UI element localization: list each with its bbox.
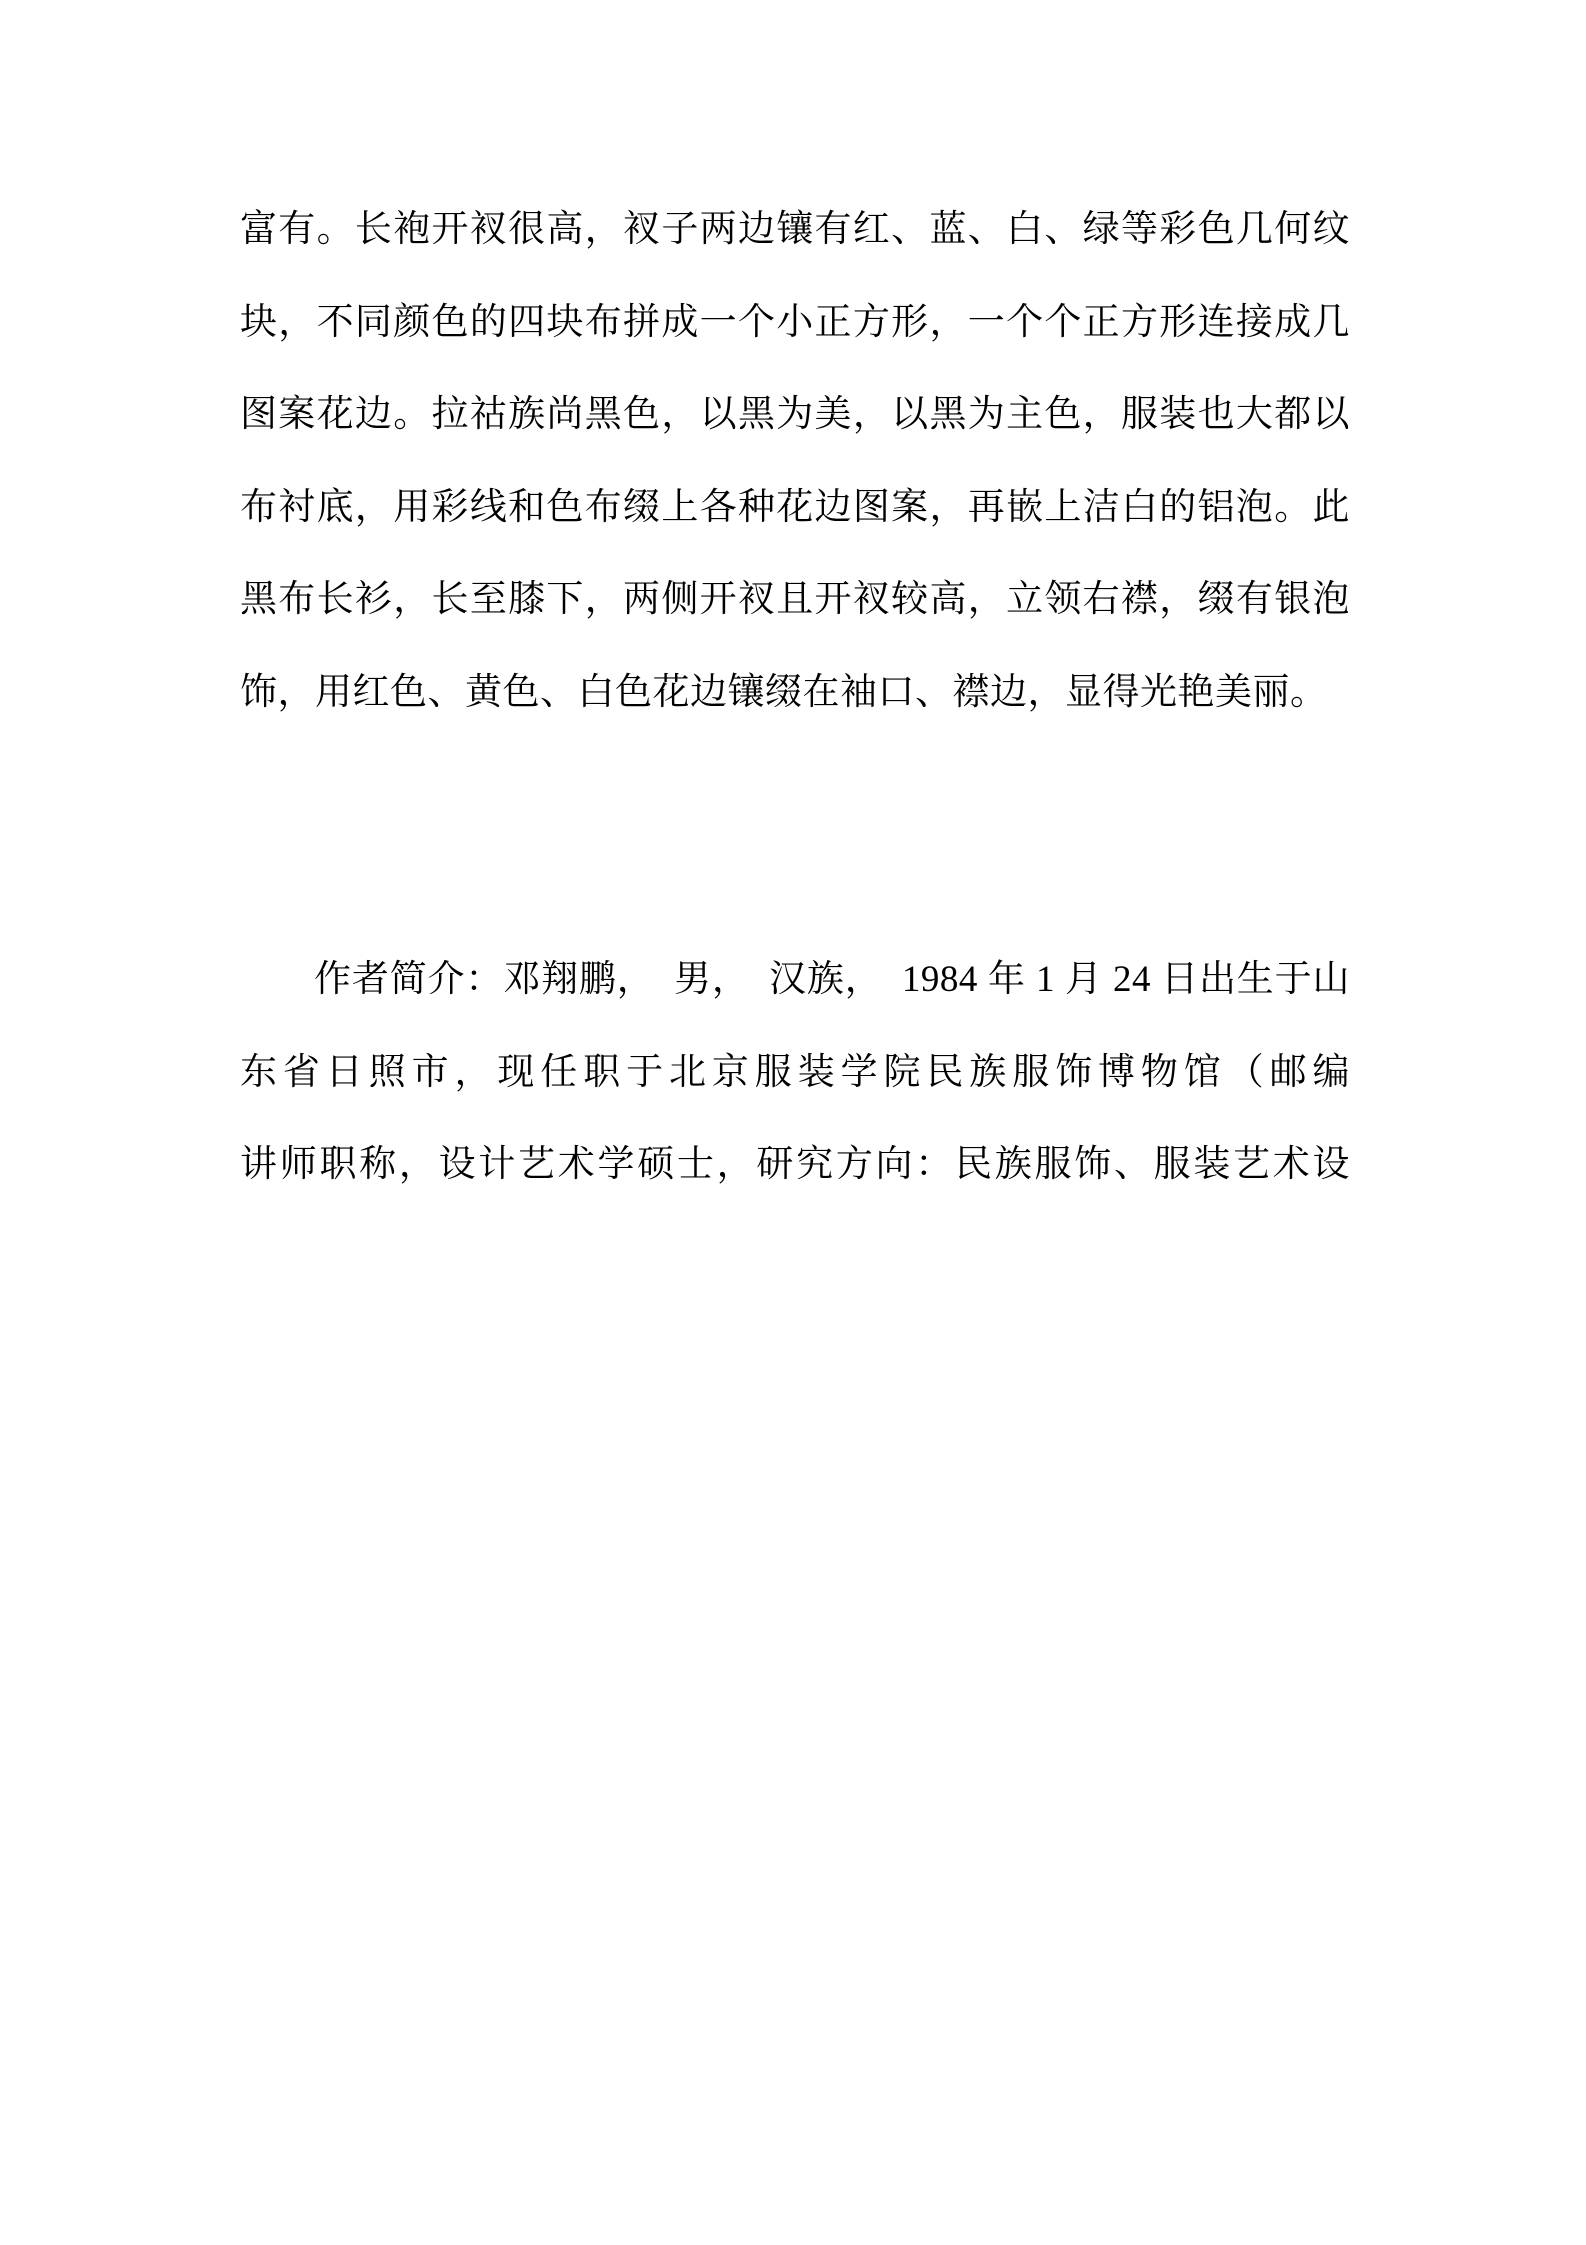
text-line: 作者简介：邓翔鹏， 男， 汉族， 1984 年 1 月 24 日出生于山 xyxy=(240,934,1350,1027)
text-line: 饰，用红色、黄色、白色花边镶缀在袖口、襟边，显得光艳美丽。 xyxy=(240,647,1350,740)
text-line: 布衬底，用彩线和色布缀上各种花边图案，再嵌上洁白的铝泡。此件 xyxy=(240,462,1350,555)
paragraph-artifact-description: 富有。长袍开衩很高，衩子两边镶有红、蓝、白、绿等彩色几何纹布 块，不同颜色的四块… xyxy=(240,184,1350,739)
text-line: 富有。长袍开衩很高，衩子两边镶有红、蓝、白、绿等彩色几何纹布 xyxy=(240,184,1350,277)
text-line: 东省日照市，现任职于北京服装学院民族服饰博物馆（邮编 100029）， xyxy=(240,1027,1350,1120)
text-line: 黑布长衫，长至膝下，两侧开衩且开衩较高，立领右襟，缀有银泡装 xyxy=(240,554,1350,647)
text-line: 讲师职称，设计艺术学硕士，研究方向：民族服饰、服装艺术设计。 xyxy=(240,1119,1350,1212)
paragraph-author-bio: 作者简介：邓翔鹏， 男， 汉族， 1984 年 1 月 24 日出生于山 东省日… xyxy=(240,934,1350,1212)
text-line: 图案花边。拉祜族尚黑色，以黑为美，以黑为主色，服装也大都以黑 xyxy=(240,369,1350,462)
text-line: 块，不同颜色的四块布拼成一个小正方形，一个个正方形连接成几何 xyxy=(240,277,1350,370)
document-page: 富有。长袍开衩很高，衩子两边镶有红、蓝、白、绿等彩色几何纹布 块，不同颜色的四块… xyxy=(0,0,1586,2245)
